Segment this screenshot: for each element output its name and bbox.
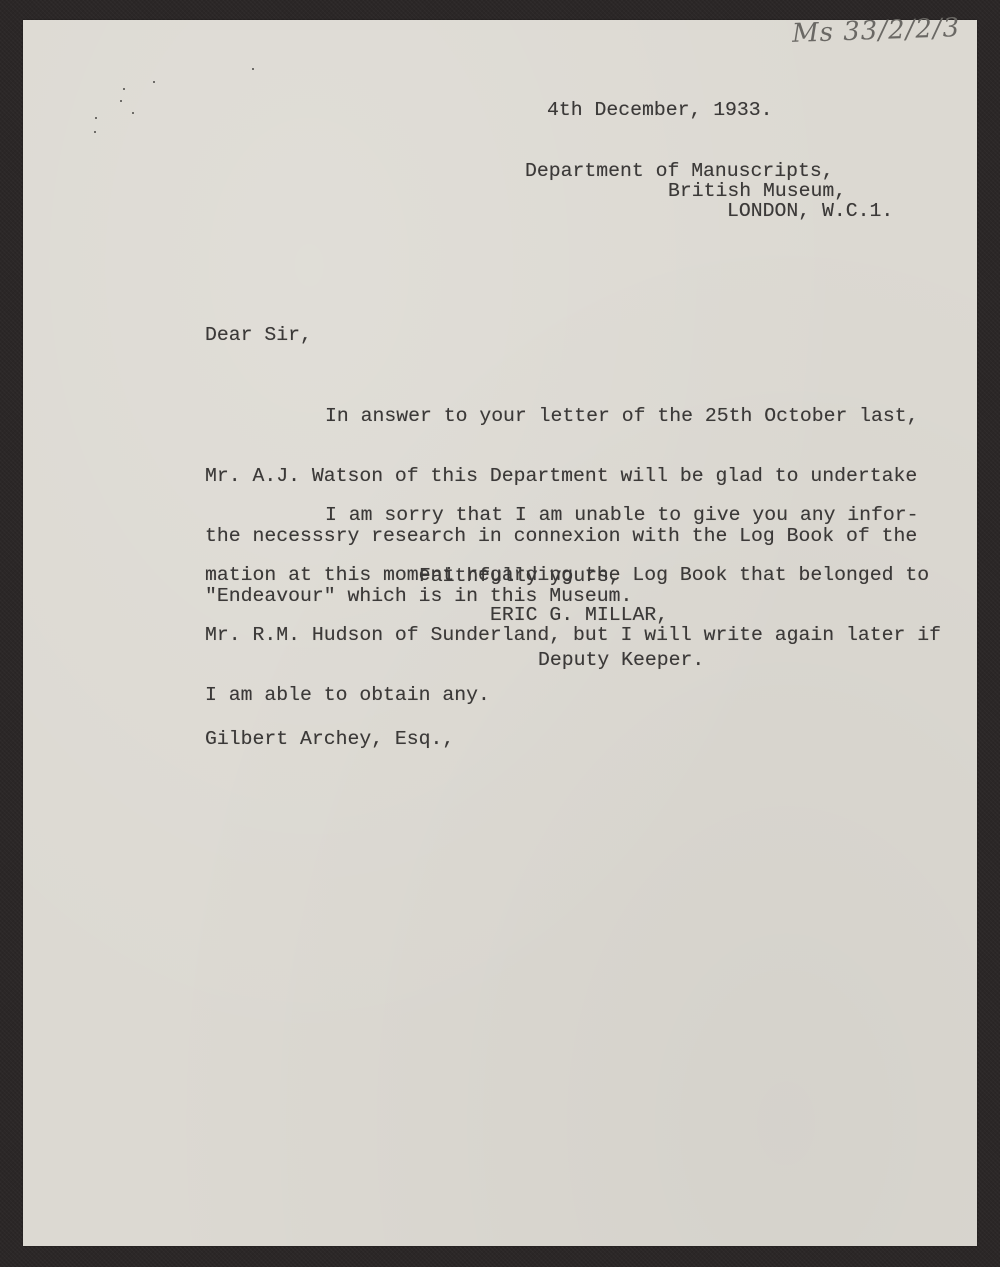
paper-speck xyxy=(94,131,96,133)
paragraph-line: Mr. R.M. Hudson of Sunderland, but I wil… xyxy=(205,625,941,645)
signatory-name: ERIC G. MILLAR, xyxy=(490,605,668,625)
paragraph-line: I am sorry that I am unable to give you … xyxy=(205,505,941,525)
archive-reference-number: Ms 33/2/2/3 xyxy=(792,13,961,49)
sender-address-line-2: British Museum, xyxy=(668,181,846,201)
paragraph-line: I am able to obtain any. xyxy=(205,685,941,705)
letter-date: 4th December, 1933. xyxy=(547,100,773,120)
salutation: Dear Sir, xyxy=(205,325,312,345)
recipient-name: Gilbert Archey, Esq., xyxy=(205,729,454,749)
paper-speck xyxy=(132,112,134,114)
signatory-title: Deputy Keeper. xyxy=(538,650,704,670)
sender-address-line-3: LONDON, W.C.1. xyxy=(727,201,893,221)
paper-speck xyxy=(123,88,125,90)
sender-address-line-1: Department of Manuscripts, xyxy=(525,161,834,181)
paper-speck xyxy=(153,81,155,83)
paragraph-line: In answer to your letter of the 25th Oct… xyxy=(205,406,919,426)
closing: Faithfully yours, xyxy=(419,566,621,586)
body-paragraph-2: I am sorry that I am unable to give you … xyxy=(205,465,941,725)
paper-speck xyxy=(95,117,97,119)
paper-speck xyxy=(120,100,122,102)
paper-speck xyxy=(252,68,254,70)
